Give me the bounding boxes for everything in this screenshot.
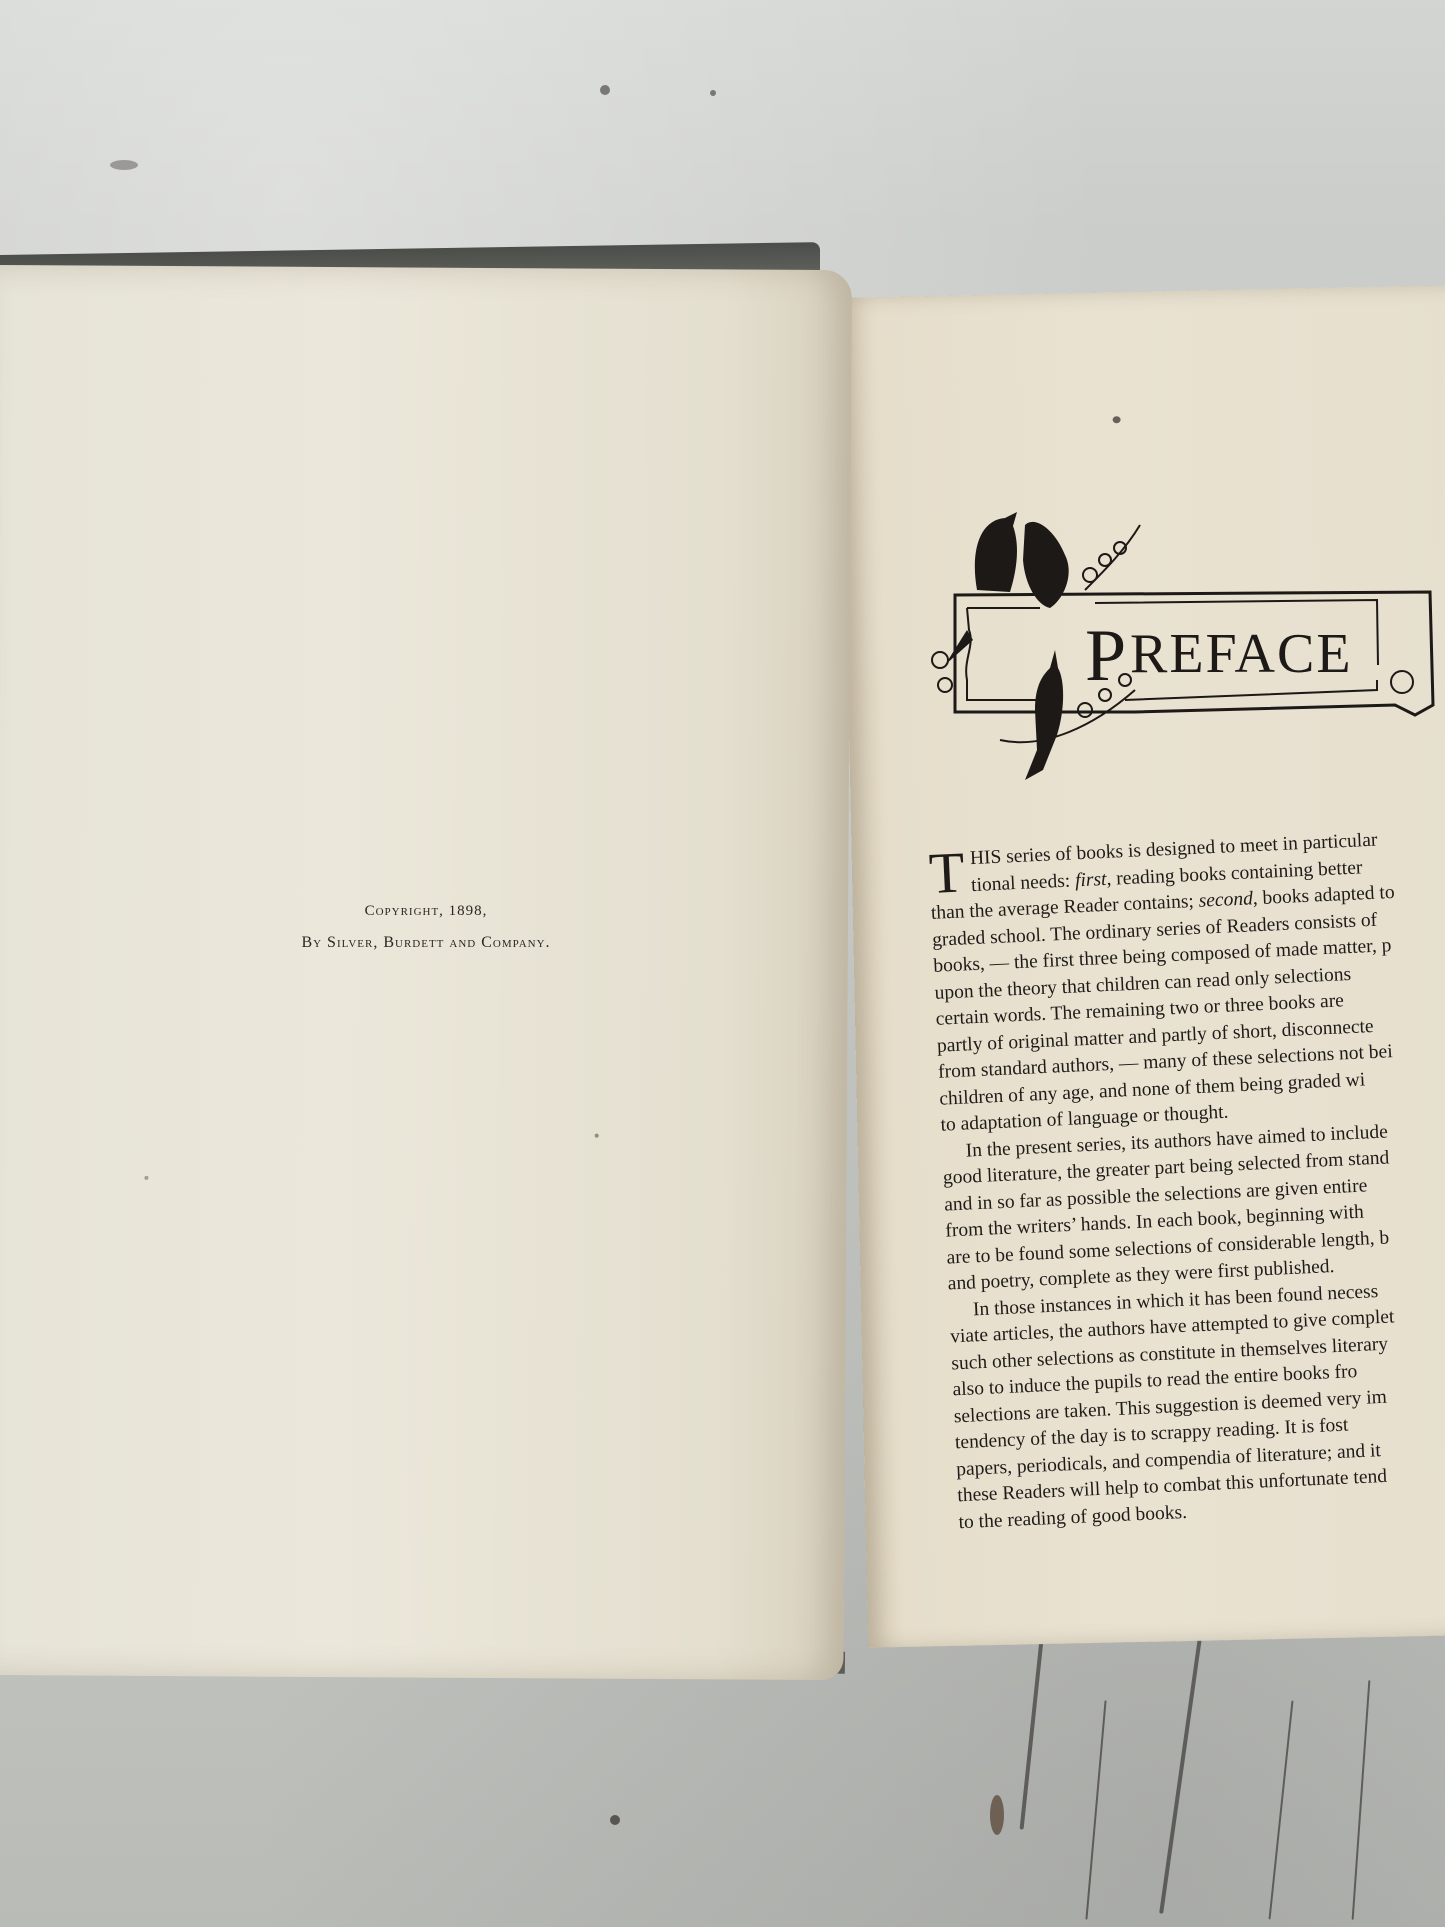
preface-paragraph-2: In the present series, its authors have … (941, 1110, 1445, 1298)
wood-speck (600, 85, 610, 95)
wood-speck (710, 90, 716, 96)
preface-heading: P (1085, 615, 1126, 697)
drop-cap: T (928, 848, 966, 898)
preface-text: T HIS series of books is designed to mee… (928, 819, 1445, 1536)
copyright-line: Copyright, 1898, (0, 895, 852, 927)
preface-heading-rest: REFACE (1130, 623, 1353, 685)
copyright-notice: Copyright, 1898, By Silver, Burdett and … (0, 895, 852, 959)
left-page (0, 265, 852, 1680)
wood-speck (610, 1815, 620, 1825)
publisher-line: By Silver, Burdett and Company. (0, 927, 852, 959)
paper-speck (144, 1176, 148, 1180)
ink-spot (1113, 416, 1121, 423)
preface-heading-ornament: P REFACE (925, 500, 1445, 820)
wood-knot (990, 1795, 1004, 1835)
preface-paragraph-3: In those instances in which it has been … (948, 1269, 1445, 1536)
paper-speck (595, 1134, 599, 1138)
wood-speck (110, 160, 138, 170)
preface-paragraph-1: T HIS series of books is designed to mee… (928, 819, 1445, 1139)
bird-icons (945, 512, 1069, 780)
